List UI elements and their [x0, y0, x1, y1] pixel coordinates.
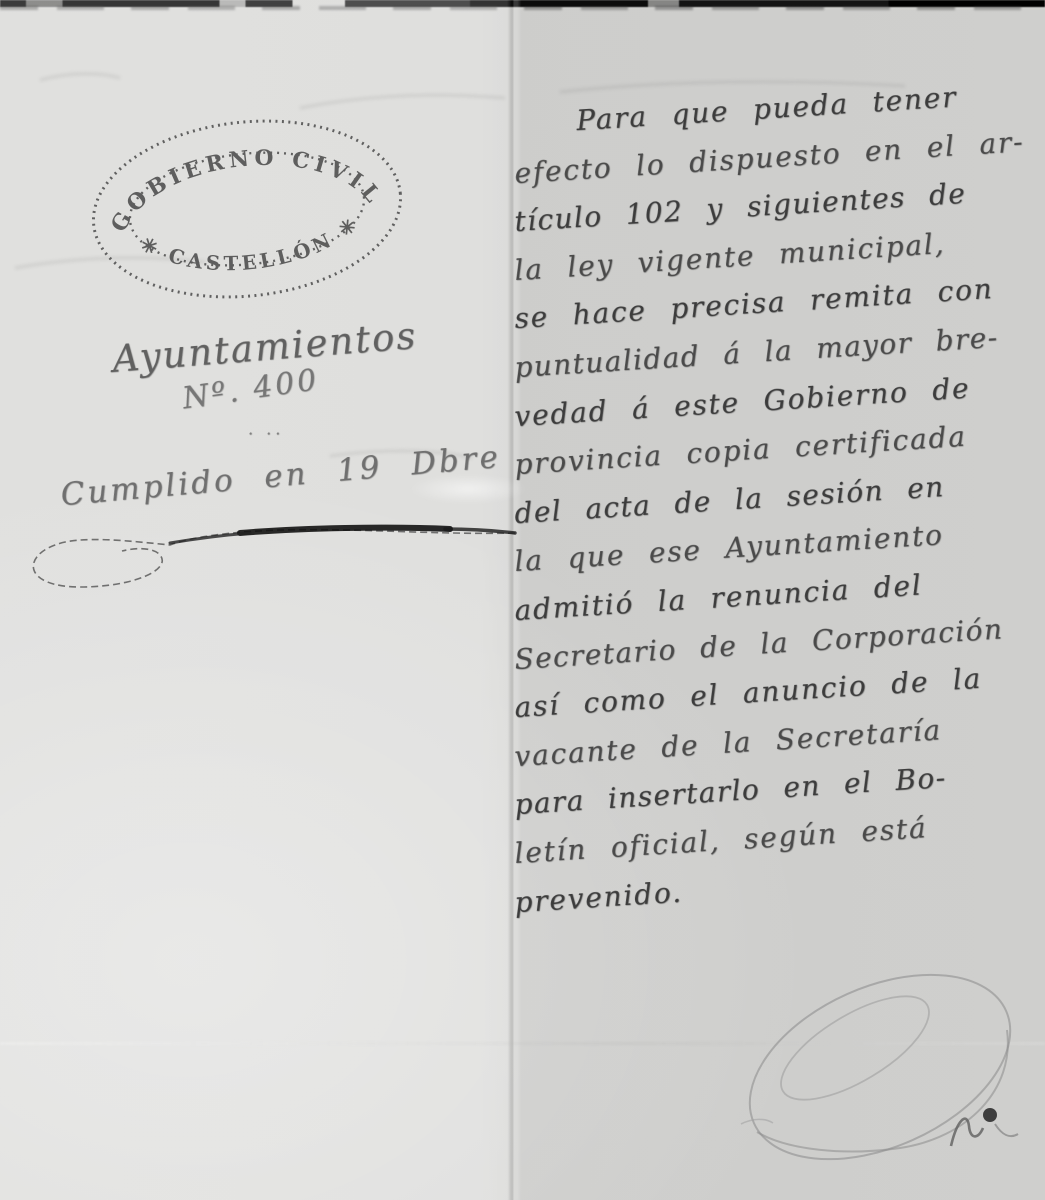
official-stamp: GOBIERNO CIVIL ✳ CASTELLÓN ✳: [75, 97, 419, 320]
signature-io-stroke: [951, 1119, 983, 1146]
scanned-letter-page: GOBIERNO CIVIL ✳ CASTELLÓN ✳ Ayuntamient…: [0, 0, 1045, 1200]
stamp-bottom-text: ✳ CASTELLÓN ✳: [134, 209, 367, 286]
signature-ink-blob: [983, 1108, 997, 1122]
separator-dots: · ··: [248, 424, 284, 443]
letter-body: Para que pueda tener efecto lo dispuesto…: [516, 100, 1045, 926]
signature-flourish: [695, 972, 1045, 1200]
flourish-underline: [10, 495, 520, 605]
svg-text:✳ CASTELLÓN ✳: ✳ CASTELLÓN ✳: [134, 209, 367, 286]
